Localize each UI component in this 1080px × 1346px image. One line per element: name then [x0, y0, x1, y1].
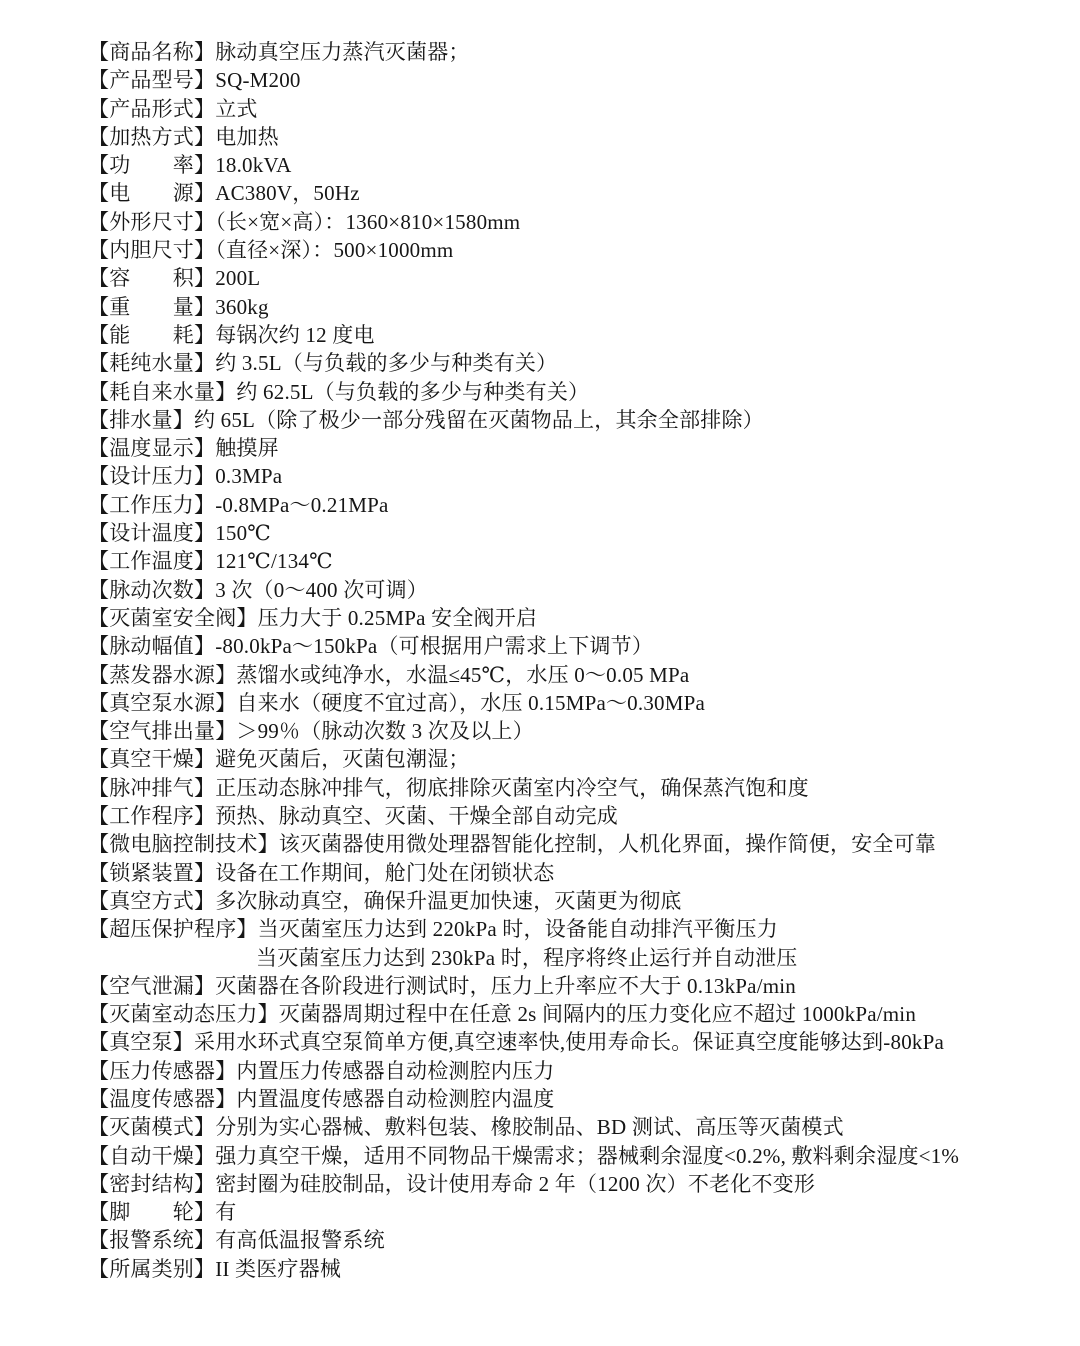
spec-overpressure-protection: 【超压保护程序】当灭菌室压力达到 220kPa 时，设备能自动排汽平衡压力 [88, 915, 1060, 943]
product-spec-sheet: 【商品名称】脉动真空压力蒸汽灭菌器； 【产品型号】SQ-M200 【产品形式】立… [0, 0, 1080, 1283]
spec-temperature-display: 【温度显示】触摸屏 [88, 434, 1060, 462]
spec-drainage-volume: 【排水量】约 65L（除了极少一部分残留在灭菌物品上，其余全部排除） [88, 406, 1060, 434]
spec-seal-structure: 【密封结构】密封圈为硅胶制品，设计使用寿命 2 年（1200 次）不老化不变形 [88, 1170, 1060, 1198]
spec-pulse-amplitude: 【脉动幅值】-80.0kPa～150kPa（可根据用户需求上下调节） [88, 632, 1060, 660]
spec-vacuum-method: 【真空方式】多次脉动真空，确保升温更加快速，灭菌更为彻底 [88, 887, 1060, 915]
spec-air-discharge: 【空气排出量】＞99％（脉动次数 3 次及以上） [88, 717, 1060, 745]
spec-pulse-count: 【脉动次数】3 次（0～400 次可调） [88, 576, 1060, 604]
spec-working-temperature: 【工作温度】121℃/134℃ [88, 547, 1060, 575]
spec-power: 【功 率】18.0kVA [88, 151, 1060, 179]
spec-tap-water-consumption: 【耗自来水量】约 62.5L（与负载的多少与种类有关） [88, 378, 1060, 406]
spec-microcomputer-control: 【微电脑控制技术】该灭菌器使用微处理器智能化控制，人机化界面，操作简便，安全可靠 [88, 830, 1060, 858]
spec-pulse-exhaust: 【脉冲排气】正压动态脉冲排气，彻底排除灭菌室内冷空气，确保蒸汽饱和度 [88, 774, 1060, 802]
spec-design-pressure: 【设计压力】0.3MPa [88, 462, 1060, 490]
spec-temperature-sensor: 【温度传感器】内置温度传感器自动检测腔内温度 [88, 1085, 1060, 1113]
spec-chamber-dynamic-pressure: 【灭菌室动态压力】灭菌器周期过程中在任意 2s 间隔内的压力变化应不超过 100… [88, 1000, 1060, 1028]
spec-volume: 【容 积】200L [88, 264, 1060, 292]
spec-heating-method: 【加热方式】电加热 [88, 123, 1060, 151]
spec-working-pressure: 【工作压力】-0.8MPa～0.21MPa [88, 491, 1060, 519]
spec-weight: 【重 量】360kg [88, 293, 1060, 321]
spec-product-form: 【产品形式】立式 [88, 95, 1060, 123]
spec-sterilization-modes: 【灭菌模式】分别为实心器械、敷料包装、橡胶制品、BD 测试、高压等灭菌模式 [88, 1113, 1060, 1141]
spec-energy-consumption: 【能 耗】每锅次约 12 度电 [88, 321, 1060, 349]
spec-casters: 【脚 轮】有 [88, 1198, 1060, 1226]
spec-chamber-safety-valve: 【灭菌室安全阀】压力大于 0.25MPa 安全阀开启 [88, 604, 1060, 632]
spec-outer-dimensions: 【外形尺寸】（长×宽×高）：1360×810×1580mm [88, 208, 1060, 236]
spec-chamber-dimensions: 【内胆尺寸】（直径×深）：500×1000mm [88, 236, 1060, 264]
spec-air-leakage: 【空气泄漏】灭菌器在各阶段进行测试时，压力上升率应不大于 0.13kPa/min [88, 972, 1060, 1000]
spec-locking-device: 【锁紧装置】设备在工作期间，舱门处在闭锁状态 [88, 859, 1060, 887]
spec-product-name: 【商品名称】脉动真空压力蒸汽灭菌器； [88, 38, 1060, 66]
spec-evaporator-water-source: 【蒸发器水源】蒸馏水或纯净水，水温≤45℃，水压 0～0.05 MPa [88, 661, 1060, 689]
spec-vacuum-drying: 【真空干燥】避免灭菌后，灭菌包潮湿； [88, 745, 1060, 773]
spec-category: 【所属类别】II 类医疗器械 [88, 1255, 1060, 1283]
spec-pressure-sensor: 【压力传感器】内置压力传感器自动检测腔内压力 [88, 1057, 1060, 1085]
spec-alarm-system: 【报警系统】有高低温报警系统 [88, 1226, 1060, 1254]
spec-power-supply: 【电 源】AC380V，50Hz [88, 179, 1060, 207]
spec-working-procedure: 【工作程序】预热、脉动真空、灭菌、干燥全部自动完成 [88, 802, 1060, 830]
spec-design-temperature: 【设计温度】150℃ [88, 519, 1060, 547]
spec-auto-drying: 【自动干燥】强力真空干燥，适用不同物品干燥需求；器械剩余湿度<0.2%, 敷料剩… [88, 1142, 1060, 1170]
spec-vacuum-pump-water-source: 【真空泵水源】自来水（硬度不宜过高），水压 0.15MPa～0.30MPa [88, 689, 1060, 717]
spec-overpressure-protection-continued: 当灭菌室压力达到 230kPa 时，程序将终止运行并自动泄压 [88, 944, 1060, 972]
spec-product-model: 【产品型号】SQ-M200 [88, 66, 1060, 94]
spec-vacuum-pump: 【真空泵】采用水环式真空泵简单方便,真空速率快,使用寿命长。保证真空度能够达到-… [88, 1028, 1060, 1056]
spec-pure-water-consumption: 【耗纯水量】约 3.5L（与负载的多少与种类有关） [88, 349, 1060, 377]
